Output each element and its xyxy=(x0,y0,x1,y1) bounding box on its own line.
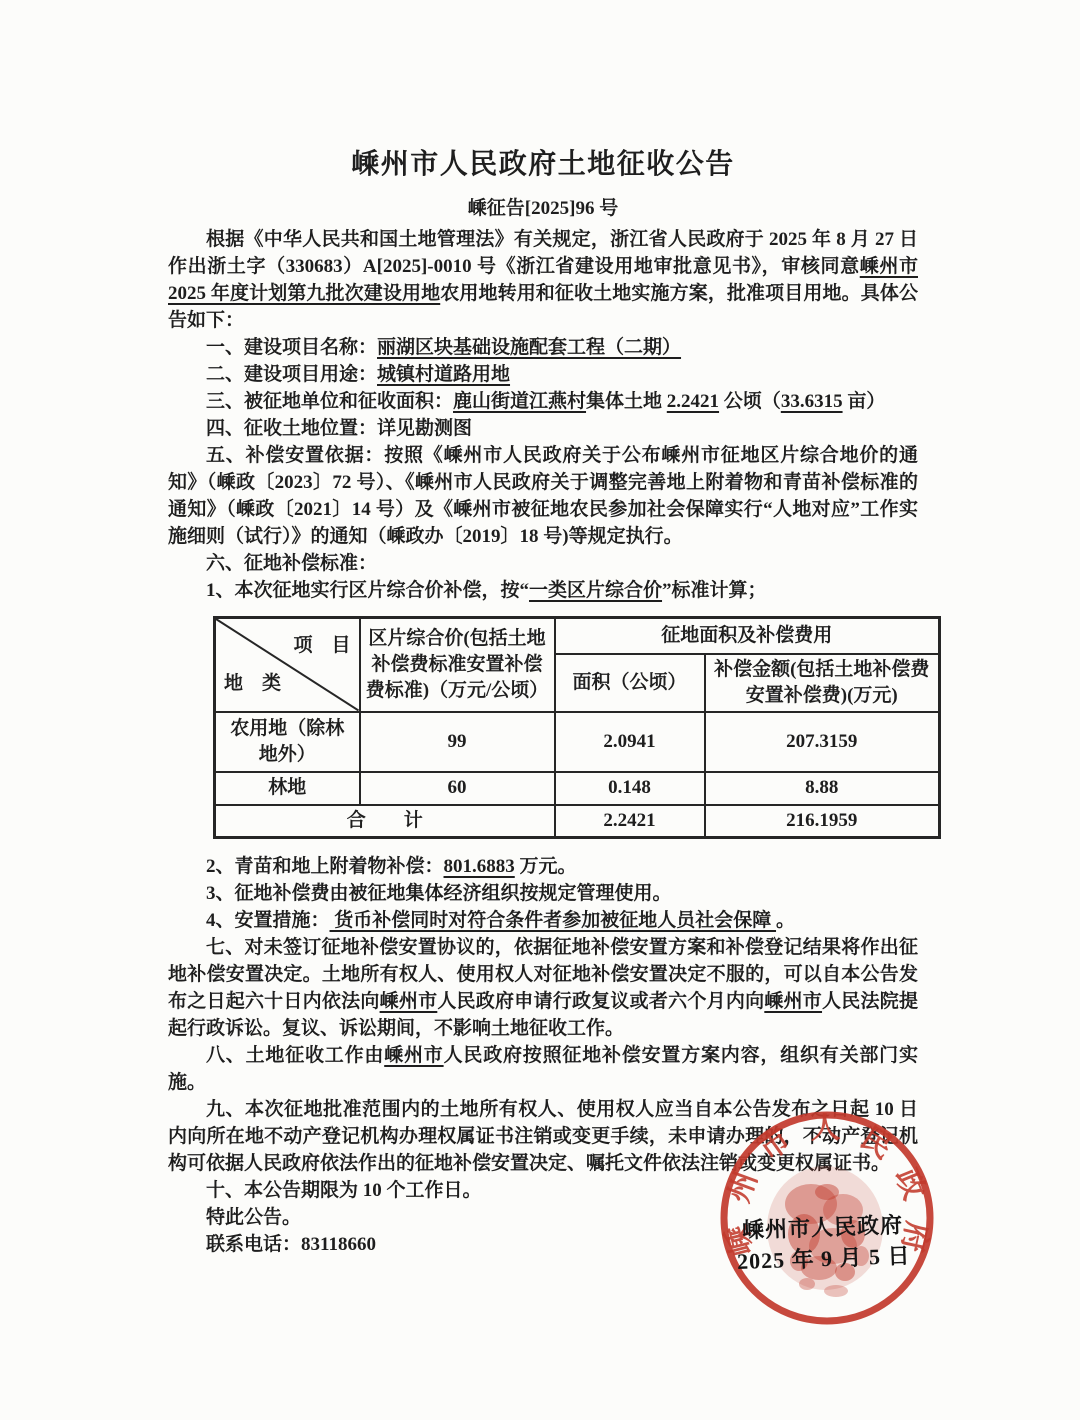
underlined-text-segment: 一类区片综合价 xyxy=(529,580,662,601)
table-total-row: 合 计 2.2421 216.1959 xyxy=(215,805,940,838)
text-segment: 3、征地补偿费由被征地集体经济组织按规定管理使用。 xyxy=(206,883,672,904)
cell-amount: 207.3159 xyxy=(705,712,940,772)
text-segment: 八、土地征收工作由 xyxy=(206,1045,384,1066)
page-title: 嵊州市人民政府土地征收公告 xyxy=(168,146,918,184)
underlined-text-segment: 2.2421 xyxy=(667,391,719,412)
text-segment: 四、征收土地位置：详见勘测图 xyxy=(206,418,472,439)
paragraph: 五、补偿安置依据：按照《嵊州市人民政府关于公布嵊州市征地区片综合地价的通知》（嵊… xyxy=(168,442,918,550)
text-segment: 亩） xyxy=(843,391,886,412)
header-amount: 补偿金额(包括土地补偿费安置补偿费)(万元) xyxy=(705,654,940,712)
table-row: 农用地（除林地外） 99 2.0941 207.3159 xyxy=(215,712,940,772)
text-segment: 联系电话：83118660 xyxy=(206,1234,376,1255)
paragraph: 一、建设项目名称：丽湖区块基础设施配套工程（二期） xyxy=(168,334,918,361)
text-segment: 五、补偿安置依据：按照《嵊州市人民政府关于公布嵊州市征地区片综合地价的通知》（嵊… xyxy=(168,445,918,547)
document-number: 嵊征告[2025]96 号 xyxy=(168,195,918,222)
paragraph: 六、征地补偿标准： xyxy=(168,550,918,577)
text-segment: 2、青苗和地上附着物补偿： xyxy=(206,856,444,877)
cell-total-label: 合 计 xyxy=(215,805,555,838)
text-segment: 。 xyxy=(776,910,795,931)
cell-area: 0.148 xyxy=(555,772,705,805)
scanned-document-page: 嵊州市人民政府土地征收公告 嵊征告[2025]96 号 根据《中华人民共和国土地… xyxy=(0,0,1080,1420)
text-segment: 三、被征地单位和征收面积： xyxy=(206,391,453,412)
paragraph: 4、安置措施： 货币补偿同时对符合条件者参加被征地人员社会保障 。 xyxy=(168,907,918,934)
underlined-text-segment: 801.6883 xyxy=(444,856,515,877)
cell-area: 2.0941 xyxy=(555,712,705,772)
cell-total-area: 2.2421 xyxy=(555,805,705,838)
body-paragraphs-before-table: 根据《中华人民共和国土地管理法》有关规定，浙江省人民政府于 2025 年 8 月… xyxy=(168,226,918,604)
text-segment: 二、建设项目用途： xyxy=(206,364,377,385)
underlined-text-segment: 丽湖区块基础设施配套工程（二期） xyxy=(377,337,681,358)
underlined-text-segment: 33.6315 xyxy=(781,391,843,412)
header-group: 征地面积及补偿费用 xyxy=(555,618,940,654)
cell-total-amount: 216.1959 xyxy=(705,805,940,838)
paragraph: 二、建设项目用途：城镇村道路用地 xyxy=(168,361,918,388)
underlined-text-segment: 嵊州市 xyxy=(384,1045,443,1066)
cell-amount: 8.88 xyxy=(705,772,940,805)
corner-label-landtype: 地 类 xyxy=(224,671,281,697)
text-segment: ”标准计算； xyxy=(662,580,767,601)
text-segment: 公顷（ xyxy=(719,391,781,412)
paragraph: 七、对未签订征地补偿安置协议的，依据征地补偿安置方案和补偿登记结果将作出征地补偿… xyxy=(168,934,918,1042)
header-price: 区片综合价(包括土地补偿费标准安置补偿费标准)（万元/公顷） xyxy=(360,618,555,712)
text-segment: 人民政府申请行政复议或者六个月内向 xyxy=(437,991,764,1012)
text-segment: 十、本公告期限为 10 个工作日。 xyxy=(206,1180,482,1201)
underlined-text-segment: 嵊州市 xyxy=(764,991,822,1012)
text-segment: 一、建设项目名称： xyxy=(206,337,377,358)
text-segment: 1、本次征地实行区片综合价补偿，按“ xyxy=(206,580,529,601)
cell-label: 林地 xyxy=(215,772,360,805)
paragraph: 四、征收土地位置：详见勘测图 xyxy=(168,415,918,442)
paragraph: 3、征地补偿费由被征地集体经济组织按规定管理使用。 xyxy=(168,880,918,907)
cell-price: 99 xyxy=(360,712,555,772)
underlined-text-segment: 鹿山街道江燕村 xyxy=(453,391,586,412)
paragraph: 1、本次征地实行区片综合价补偿，按“一类区片综合价”标准计算； xyxy=(168,577,918,604)
paragraph: 八、土地征收工作由嵊州市人民政府按照征地补偿安置方案内容，组织有关部门实施。 xyxy=(168,1042,918,1096)
text-segment: 万元。 xyxy=(515,856,577,877)
underlined-text-segment: 城镇村道路用地 xyxy=(377,364,510,385)
signature-date: 2025 年 9 月 5 日 xyxy=(737,1239,911,1276)
table-row: 林地 60 0.148 8.88 xyxy=(215,772,940,805)
compensation-table: 项 目 地 类 区片综合价(包括土地补偿费标准安置补偿费标准)（万元/公顷） 征… xyxy=(213,616,941,839)
header-area: 面积（公顷） xyxy=(555,654,705,712)
text-segment: 根据《中华人民共和国土地管理法》有关规定，浙江省人民政府于 2025 年 8 月… xyxy=(168,229,918,277)
text-segment: 六、征地补偿标准： xyxy=(206,553,377,574)
paragraph: 2、青苗和地上附着物补偿：801.6883 万元。 xyxy=(168,853,918,880)
text-segment: 特此公告。 xyxy=(206,1207,301,1228)
paragraph: 根据《中华人民共和国土地管理法》有关规定，浙江省人民政府于 2025 年 8 月… xyxy=(168,226,918,334)
corner-label-project: 项 目 xyxy=(293,633,350,659)
text-segment: 集体土地 xyxy=(586,391,667,412)
underlined-text-segment: 嵊州市 xyxy=(380,991,438,1012)
text-segment: 4、安置措施： xyxy=(206,910,330,931)
announcement-document: 嵊州市人民政府土地征收公告 嵊征告[2025]96 号 根据《中华人民共和国土地… xyxy=(168,146,918,1258)
underlined-text-segment: 货币补偿同时对符合条件者参加被征地人员社会保障 xyxy=(330,910,777,931)
cell-price: 60 xyxy=(360,772,555,805)
paragraph: 三、被征地单位和征收面积：鹿山街道江燕村集体土地 2.2421 公顷（33.63… xyxy=(168,388,918,415)
cell-label: 农用地（除林地外） xyxy=(215,712,360,772)
table-corner-cell: 项 目 地 类 xyxy=(215,618,360,712)
